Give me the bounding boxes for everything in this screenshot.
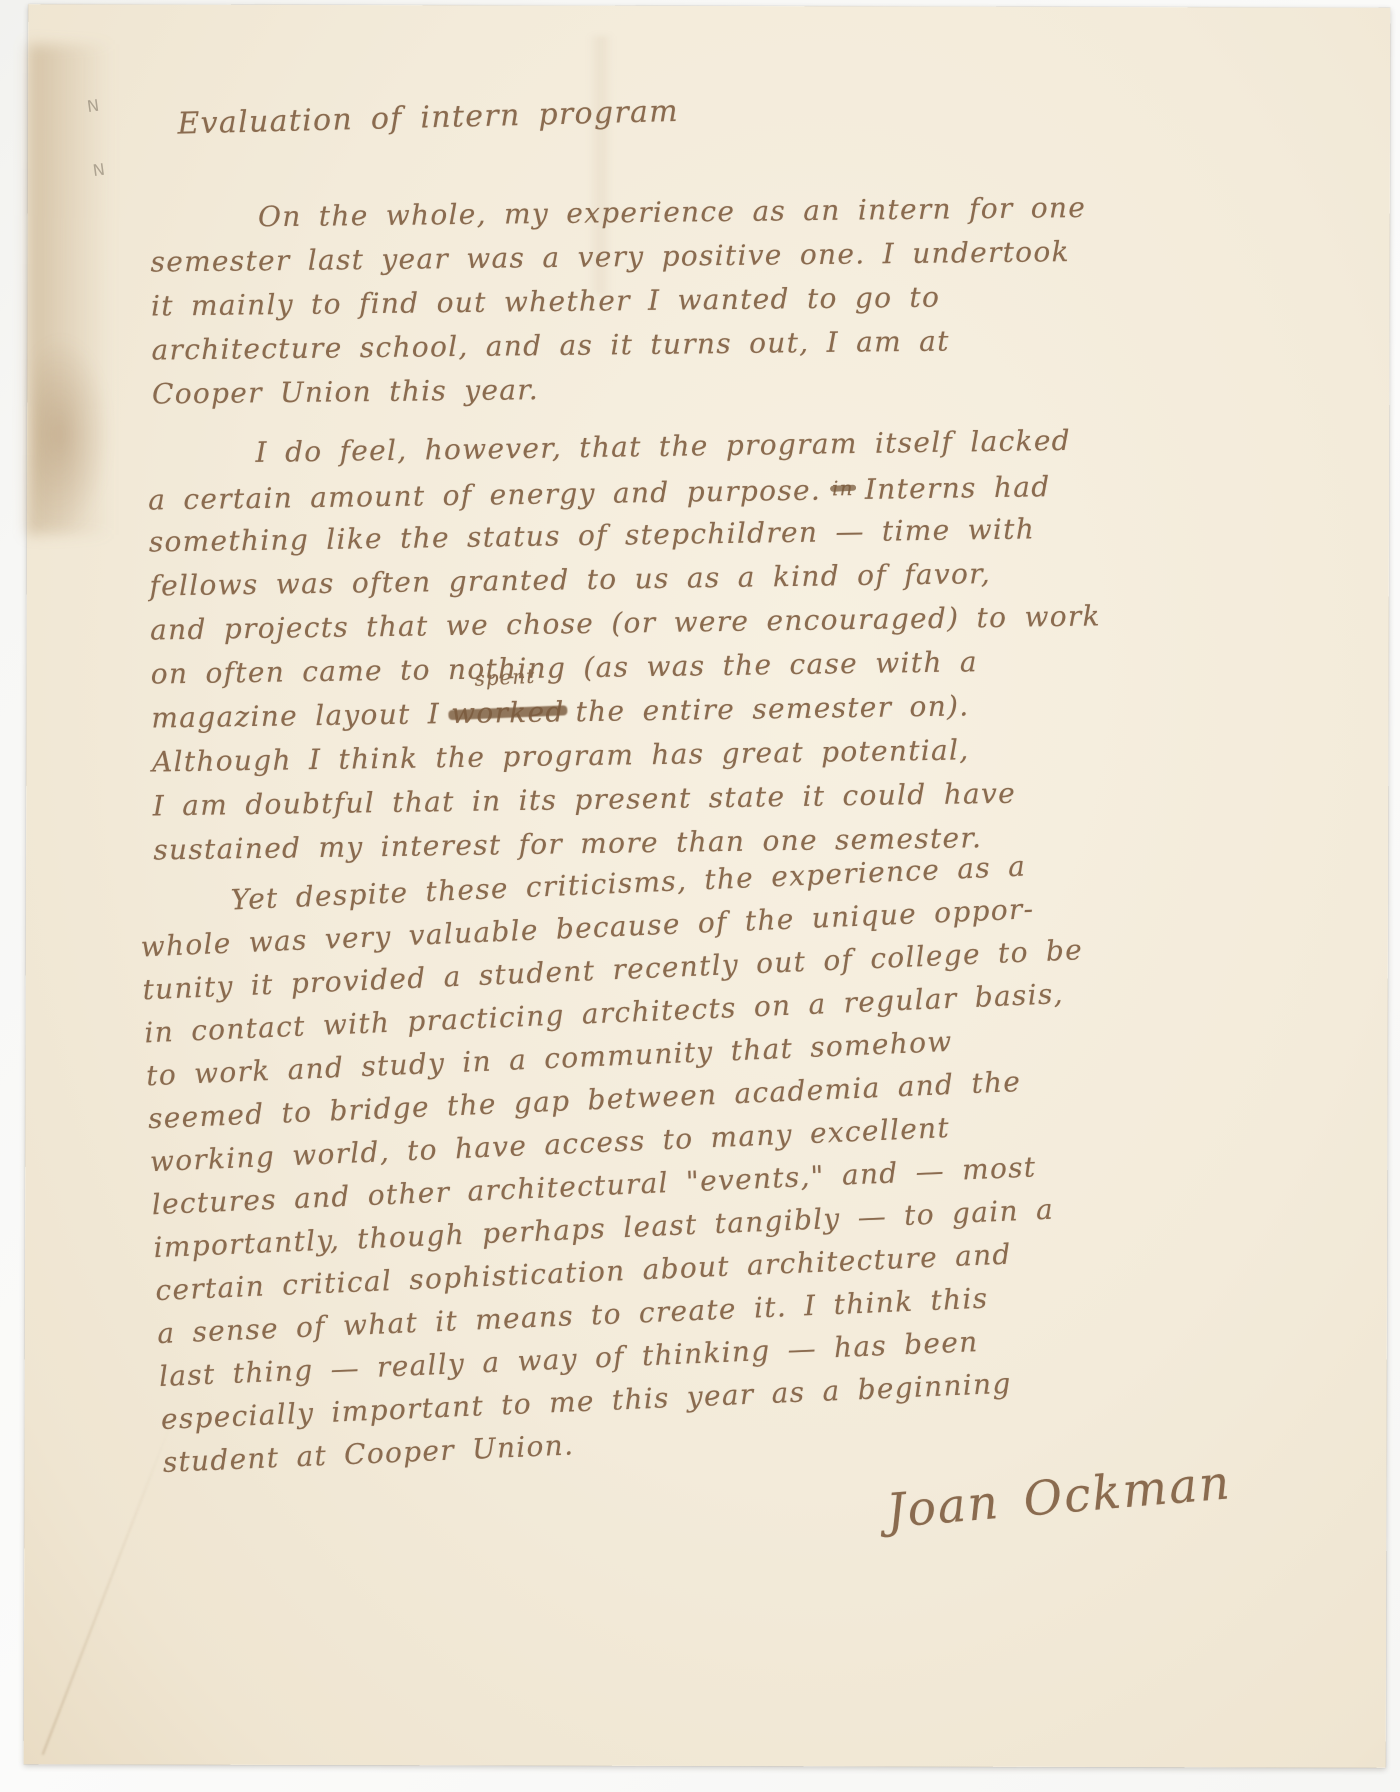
signature: Joan Ockman	[884, 1455, 1233, 1539]
line-text: the entire semester on).	[575, 689, 969, 728]
inserted-word-above-line: spent	[474, 666, 536, 689]
paragraph-2: I do feel, however, that the program its…	[147, 418, 1104, 872]
correction-group: spentworked	[451, 690, 565, 736]
pencil-margin-mark: N	[92, 160, 106, 180]
paper-crease-bottom-left	[42, 1419, 174, 1755]
paragraph-3: Yet despite these criticisms, the experi…	[138, 842, 1104, 1484]
line-text: magazine layout I	[151, 697, 440, 734]
pencil-margin-mark: N	[86, 96, 100, 116]
line-text: a certain amount of energy and purpose.	[148, 474, 821, 517]
paragraph-1: On the whole, my experience as an intern…	[150, 186, 1089, 417]
scribbled-out-word: worked	[451, 690, 565, 736]
scribbled-out-word: in	[832, 466, 855, 510]
handwritten-line: Cooper Union this year.	[152, 362, 1089, 417]
scan-backdrop: N N Evaluation of intern program On the …	[0, 0, 1400, 1792]
letter-page: N N Evaluation of intern program On the …	[24, 4, 1391, 1768]
line-text: Interns had	[865, 470, 1051, 506]
paper-stain-blob	[33, 334, 112, 534]
